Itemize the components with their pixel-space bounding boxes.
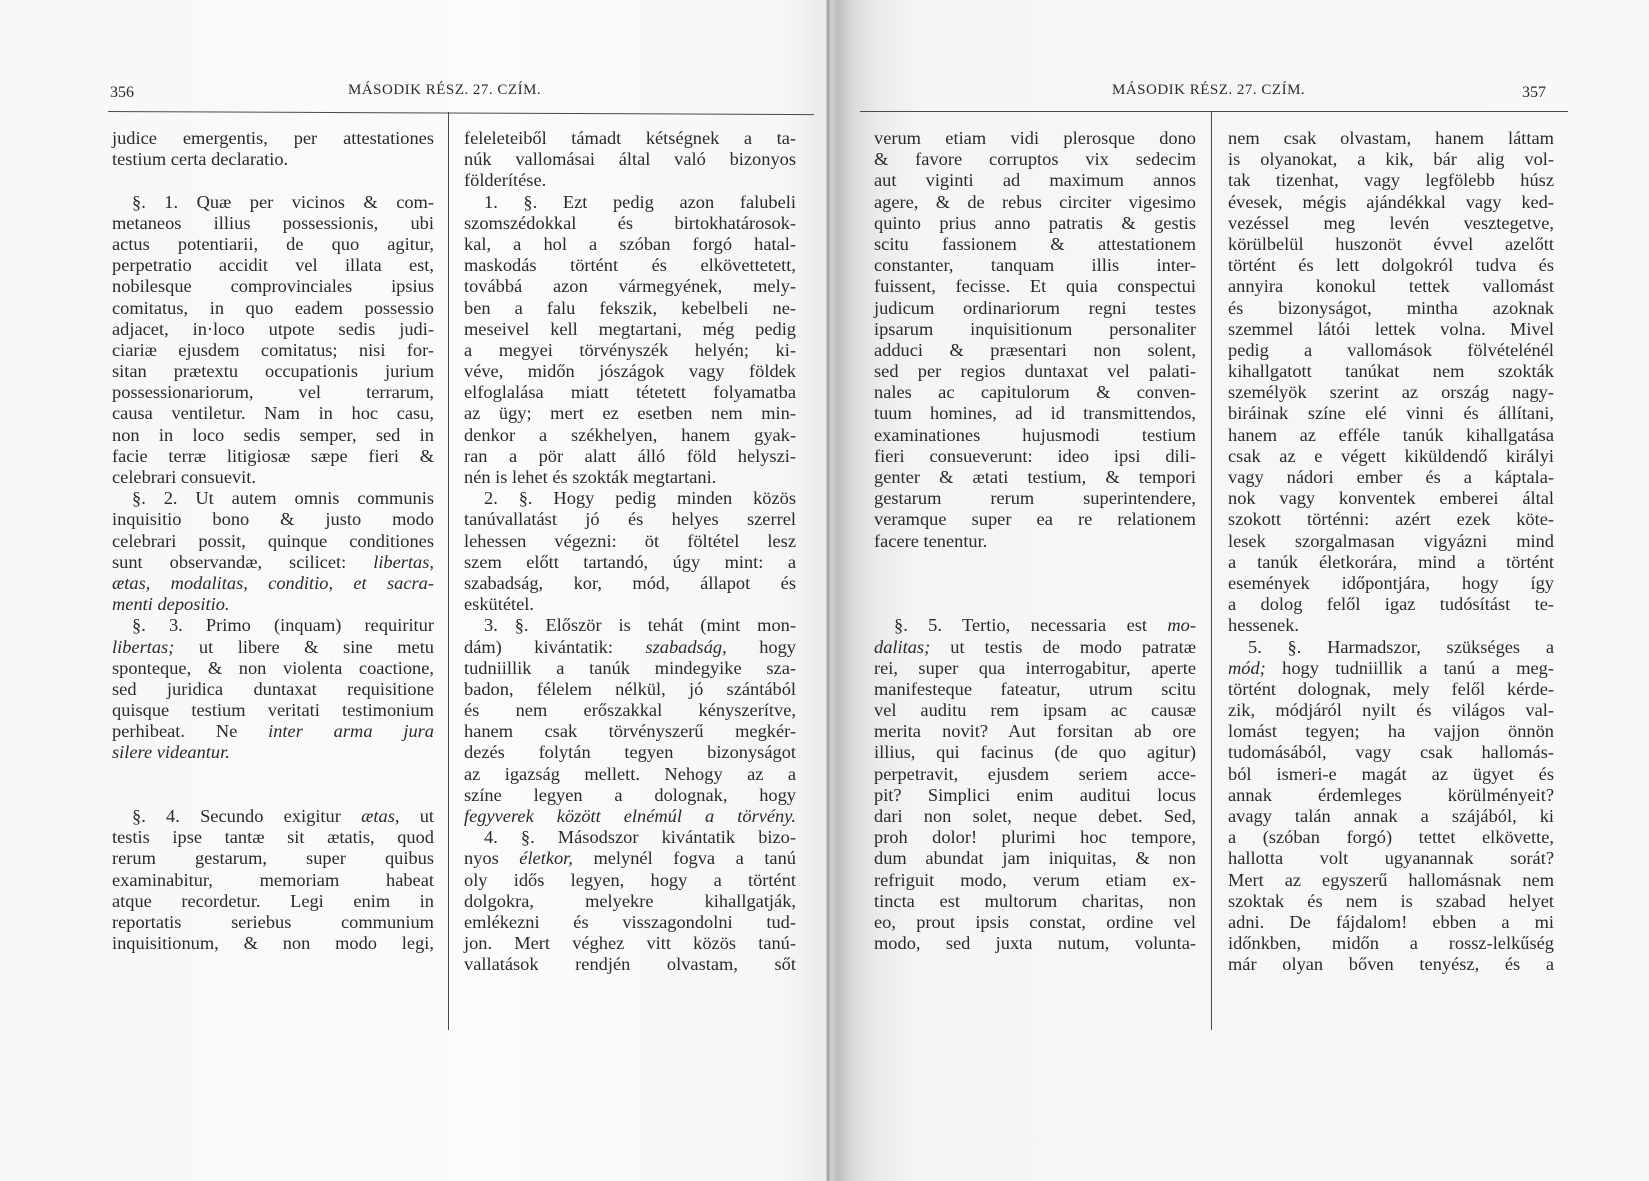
text-line: tincta est multorum charitas, non xyxy=(874,891,1196,912)
text-line: szemmel látói lettek volna. Mivel xyxy=(1228,319,1554,340)
text-line: §. 4. Secundo exigitur ætas, ut xyxy=(112,806,434,827)
text-line: vezéssel meg levén vesztegetve, xyxy=(1228,213,1554,234)
latin-text-column-right: verum etiam vidi plerosque dono& favore … xyxy=(874,128,1196,954)
text-line: szabadság, kor, mód, állapot és xyxy=(464,573,796,594)
column-divider-right xyxy=(1211,112,1212,1030)
text-line: genter & ætati testium, & tempori xyxy=(874,467,1196,488)
text-line: a megyei törvényszék helyén; ki- xyxy=(464,340,796,361)
text-line: adduci & præsentari non solent, xyxy=(874,340,1196,361)
text-line: modo, sed juxta nutum, volunta- xyxy=(874,933,1196,954)
text-line: szomszédokkal és birtokhatárosok- xyxy=(464,213,796,234)
text-line: vagy nádori ember és a káptala- xyxy=(1228,467,1554,488)
text-line: facere tenentur. xyxy=(874,531,1196,552)
text-line: eskütétel. xyxy=(464,594,796,615)
text-line: a tanúk életkorára, mind a történt xyxy=(1228,552,1554,573)
text-line: Mert az egyszerű hallomásnak nem xyxy=(1228,870,1554,891)
text-line: történt és lett dolgokról tudva és xyxy=(1228,255,1554,276)
text-line: examinabitur, memoriam habeat xyxy=(112,870,434,891)
text-line: nem csak olvastam, hanem láttam xyxy=(1228,128,1554,149)
header-rule-right xyxy=(860,111,1568,112)
text-line: examinationes hujusmodi testium xyxy=(874,425,1196,446)
text-line: scitu fassionem & attestationem xyxy=(874,234,1196,255)
text-line: is olyanokat, a kik, bár alig vol- xyxy=(1228,149,1554,170)
text-line: hessenek. xyxy=(1228,615,1554,636)
text-line: szokott történni: azért ezek köte- xyxy=(1228,509,1554,530)
text-line: vallatások rendjén olvastam, sőt xyxy=(464,954,796,975)
text-line: feleleteiből támadt kétségnek a ta- xyxy=(464,128,796,149)
column-divider-left xyxy=(448,112,449,1030)
text-line: emlékezni és visszagondolni tud- xyxy=(464,912,796,933)
text-line: avagy talán annak a szájából, ki xyxy=(1228,806,1554,827)
text-line: meseivel kell megtartani, még pedig xyxy=(464,319,796,340)
text-line: események időpontjára, hogy így xyxy=(1228,573,1554,594)
text-line: időnkben, midőn a rossz-lelkűség xyxy=(1228,933,1554,954)
hungarian-text-column-right: nem csak olvastam, hanem láttamis olyano… xyxy=(1228,128,1554,976)
text-line: 3. §. Először is tehát (mint mon- xyxy=(464,615,796,636)
text-line: actus potentiarii, de quo agitur, xyxy=(112,234,434,255)
text-line: 2. §. Hogy pedig minden közös xyxy=(464,488,796,509)
text-line: adjacet, in·loco utpote sedis judi- xyxy=(112,319,434,340)
text-line: fieri consueverunt: ideo ipsi dili- xyxy=(874,446,1196,467)
text-line: maskodás történt és elkövettetett, xyxy=(464,255,796,276)
text-line: verum etiam vidi plerosque dono xyxy=(874,128,1196,149)
text-line: tak tizenhat, vagy legfölebb húsz xyxy=(1228,170,1554,191)
text-line: ben a falu fekszik, kebelbeli ne- xyxy=(464,298,796,319)
text-line: jon. Mert véghez vitt közös tanú- xyxy=(464,933,796,954)
text-line: possessionariorum, vel terrarum, xyxy=(112,382,434,403)
text-line: §. 3. Primo (inquam) requiritur xyxy=(112,615,434,636)
left-page: 356 MÁSODIK RÉSZ. 27. CZÍM. judice emerg… xyxy=(0,0,830,1181)
text-line: szem előtt tartandó, úgy mint: a xyxy=(464,552,796,573)
text-line: 1. §. Ezt pedig azon falubeli xyxy=(464,192,796,213)
text-line: testium certa declaratio. xyxy=(112,149,434,170)
text-line: sitan prætextu occupationis jurium xyxy=(112,361,434,382)
text-line: adni. De fájdalom! ebben a mi xyxy=(1228,912,1554,933)
text-line: továbbá azon vármegyének, mely- xyxy=(464,276,796,297)
text-line: vel auditu rem ipsam ac causæ xyxy=(874,700,1196,721)
text-line: pit? Simplici enim auditui locus xyxy=(874,785,1196,806)
text-line: denkor a székhelyen, hanem gyak- xyxy=(464,425,796,446)
text-line: személyök szerint az ország nagy- xyxy=(1228,382,1554,403)
text-line: dezés folytán tegyen bizonyságot xyxy=(464,742,796,763)
text-line: §. 5. Tertio, necessaria est mo- xyxy=(874,615,1196,636)
text-line: judicum ordinariorum regni testes xyxy=(874,298,1196,319)
text-line: inquisitionum, & non modo legi, xyxy=(112,933,434,954)
text-line: hanem az efféle tanúk kihallgatása xyxy=(1228,425,1554,446)
page-number-right: 357 xyxy=(1522,84,1546,102)
text-line: már olyan bőven tenyész, és a xyxy=(1228,954,1554,975)
text-line: véve, midőn jószágok vagy földek xyxy=(464,361,796,382)
hungarian-text-column-left: feleleteiből támadt kétségnek a ta-núk v… xyxy=(464,128,796,976)
text-line: celebrari consuevit. xyxy=(112,467,434,488)
text-line: csak az e végett kiküldendő királyi xyxy=(1228,446,1554,467)
right-page: MÁSODIK RÉSZ. 27. CZÍM. 357 verum etiam … xyxy=(830,0,1649,1181)
text-line: lehessen végezni: öt föltétel lesz xyxy=(464,531,796,552)
text-line: fegyverek között elnémúl a törvény. xyxy=(464,806,796,827)
text-line: sed juridica duntaxat requisitione xyxy=(112,679,434,700)
text-line: dolgokra, melyekre kihallgatják, xyxy=(464,891,796,912)
text-line: hanem csak törvényszerű megkér- xyxy=(464,721,796,742)
text-line: fuissent, fecisse. Et quia conspectui xyxy=(874,276,1196,297)
text-line: elfoglalása miatt tétetett folyamatba xyxy=(464,382,796,403)
paragraph-gap xyxy=(874,552,1196,594)
text-line: tuum homines, ad id transmittendos, xyxy=(874,403,1196,424)
text-line: ipsarum inquisitionum personaliter xyxy=(874,319,1196,340)
text-line: ran a pör alatt álló föld helyszi- xyxy=(464,446,796,467)
text-line: annyira konokul tettek vallomást xyxy=(1228,276,1554,297)
paragraph-gap xyxy=(874,594,1196,615)
text-line: rei, super qua interrogabitur, aperte xyxy=(874,658,1196,679)
text-line: facie terræ litigiosæ sæpe fieri & xyxy=(112,446,434,467)
text-line: proh dolor! plurimi hoc tempore, xyxy=(874,827,1196,848)
text-line: metaneos illius possessionis, ubi xyxy=(112,213,434,234)
text-line: perhibeat. Ne inter arma jura xyxy=(112,721,434,742)
text-line: §. 1. Quæ per vicinos & com- xyxy=(112,192,434,213)
text-line: az ügy; mert ez esetben nem min- xyxy=(464,403,796,424)
text-line: nales ac capitulorum & conven- xyxy=(874,382,1196,403)
text-line: silere videantur. xyxy=(112,742,434,763)
text-line: tanúvallatást jó és helyes szerrel xyxy=(464,509,796,530)
text-line: causa ventiletur. Nam in hoc casu, xyxy=(112,403,434,424)
paragraph-gap xyxy=(112,764,434,806)
text-line: nyos életkor, melynél fogva a tanú xyxy=(464,848,796,869)
text-line: körülbelül huszonöt évvel azelőtt xyxy=(1228,234,1554,255)
text-line: nok vagy konventek emberei által xyxy=(1228,488,1554,509)
text-line: quisque testium veritati testimonium xyxy=(112,700,434,721)
text-line: földerítése. xyxy=(464,170,796,191)
text-line: libertas; ut libere & sine metu xyxy=(112,637,434,658)
text-line: atque recordetur. Legi enim in xyxy=(112,891,434,912)
text-line: biráinak színe elé vinni és állítani, xyxy=(1228,403,1554,424)
text-line: 5. §. Harmadszor, szükséges a xyxy=(1228,637,1554,658)
text-line: annak érdemleges körülményeit? xyxy=(1228,785,1554,806)
text-line: perpetravit, ejusdem seriem acce- xyxy=(874,764,1196,785)
text-line: quinto prius anno patratis & gestis xyxy=(874,213,1196,234)
text-line: badon, félelem nélkül, jó szántából xyxy=(464,679,796,700)
text-line: agere, & de rebus circiter vigesimo xyxy=(874,192,1196,213)
running-head-left: MÁSODIK RÉSZ. 27. CZÍM. xyxy=(348,82,541,106)
text-line: & favore corruptos vix sedecim xyxy=(874,149,1196,170)
text-line: judice emergentis, per attestationes xyxy=(112,128,434,149)
text-line: a dolog felől igaz tudósítást te- xyxy=(1228,594,1554,615)
text-line: zik, módjáról nyilt és világos val- xyxy=(1228,700,1554,721)
text-line: sed per regios duntaxat vel palati- xyxy=(874,361,1196,382)
text-line: gestarum rerum superintendere, xyxy=(874,488,1196,509)
text-line: dari non solet, neque debet. Sed, xyxy=(874,806,1196,827)
text-line: aut viginti ad maximum annos xyxy=(874,170,1196,191)
text-line: 4. §. Másodszor kivántatik bizo- xyxy=(464,827,796,848)
text-line: testis ipse tantæ sit ætatis, quod xyxy=(112,827,434,848)
text-line: lesek szorgalmasan vigyázni mind xyxy=(1228,531,1554,552)
text-line: tudniillik a tanúk mindegyike sza- xyxy=(464,658,796,679)
text-line: történt dolognak, mely felől kérde- xyxy=(1228,679,1554,700)
text-line: sunt observandæ, scilicet: libertas, xyxy=(112,552,434,573)
text-line: lomást tegyen; ha vajjon önnön xyxy=(1228,721,1554,742)
text-line: §. 2. Ut autem omnis communis xyxy=(112,488,434,509)
text-line: manifesteque fateatur, utrum scitu xyxy=(874,679,1196,700)
text-line: évesek, mégis ajándékkal vagy ked- xyxy=(1228,192,1554,213)
text-line: tudomásából, vagy csak hallomás- xyxy=(1228,742,1554,763)
text-line: pedig a vallomások fölvételénél xyxy=(1228,340,1554,361)
paragraph-gap xyxy=(112,170,434,191)
text-line: és bizonyságot, mintha azoknak xyxy=(1228,298,1554,319)
text-line: rerum gestarum, super quibus xyxy=(112,848,434,869)
text-line: veramque super ea re relationem xyxy=(874,509,1196,530)
text-line: dum abundat jam iniquitas, & non xyxy=(874,848,1196,869)
text-line: sponteque, & non violenta coactione, xyxy=(112,658,434,679)
text-line: illius, qui facinus (de quo agitur) xyxy=(874,742,1196,763)
running-head-right: MÁSODIK RÉSZ. 27. CZÍM. xyxy=(1112,82,1305,106)
text-line: merita novit? Aut forsitan ab ore xyxy=(874,721,1196,742)
text-line: kihallgatott tanúkat nem szokták xyxy=(1228,361,1554,382)
page-number-left: 356 xyxy=(110,84,134,102)
text-line: szoktak és nem is szabad helyet xyxy=(1228,891,1554,912)
text-line: ból ismeri-e magát az ügyet és xyxy=(1228,764,1554,785)
text-line: celebrari possit, quinque conditiones xyxy=(112,531,434,552)
text-line: a (szóban forgó) tettet elkövette, xyxy=(1228,827,1554,848)
text-line: nobilesque comprovinciales ipsius xyxy=(112,276,434,297)
text-line: nén is lehet és szokták megtartani. xyxy=(464,467,796,488)
text-line: refriguit modo, verum etiam ex- xyxy=(874,870,1196,891)
text-line: ciariæ ejusdem comitatus; nisi for- xyxy=(112,340,434,361)
text-line: és nem erőszakkal kényszerítve, xyxy=(464,700,796,721)
text-line: dalitas; ut testis de modo patratæ xyxy=(874,637,1196,658)
header-rule-left xyxy=(108,111,814,115)
text-line: dám) kivántatik: szabadság, hogy xyxy=(464,637,796,658)
text-line: ætas, modalitas, conditio, et sacra- xyxy=(112,573,434,594)
text-line: hallotta volt ugyanannak sorát? xyxy=(1228,848,1554,869)
text-line: kal, a hol a szóban forgó hatal- xyxy=(464,234,796,255)
text-line: perpetratio accidit vel illata est, xyxy=(112,255,434,276)
text-line: inquisitio bono & justo modo xyxy=(112,509,434,530)
text-line: núk vallomásai által való bizonyos xyxy=(464,149,796,170)
text-line: eo, prout ipsis constat, ordine vel xyxy=(874,912,1196,933)
text-line: az igazság mellett. Nehogy az a xyxy=(464,764,796,785)
latin-text-column-left: judice emergentis, per attestationestest… xyxy=(112,128,434,954)
text-line: mód; hogy tudniillik a tanú a meg- xyxy=(1228,658,1554,679)
text-line: menti depositio. xyxy=(112,594,434,615)
text-line: oly idős legyen, hogy a történt xyxy=(464,870,796,891)
text-line: színe legyen a dolognak, hogy xyxy=(464,785,796,806)
text-line: constanter, tanquam illis inter- xyxy=(874,255,1196,276)
text-line: non in loco sedis semper, sed in xyxy=(112,425,434,446)
text-line: comitatus, in quo eadem possessio xyxy=(112,298,434,319)
text-line: reportatis seriebus communium xyxy=(112,912,434,933)
